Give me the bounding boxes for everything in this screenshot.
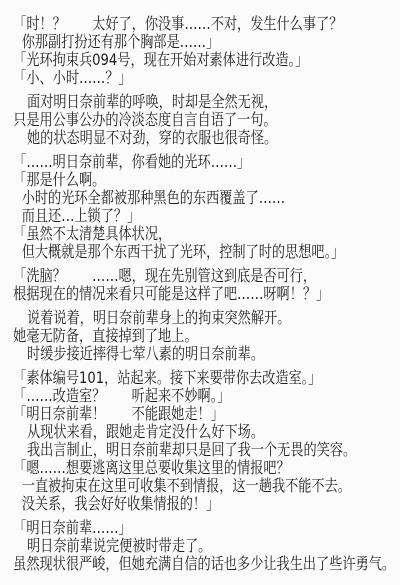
text-line: 面对明日奈前辈的呼唤，时却是全然无视， [13, 93, 395, 111]
text-area: 「时！？ 太好了，你没事……不对，发生什么事了？你那副打扮还有那个胸部是……」「… [0, 0, 400, 573]
text-line: 「素体编号101，站起来。接下来要带你去改造室。」 [13, 369, 395, 387]
novel-page: 「时！？ 太好了，你没事……不对，发生什么事了？你那副打扮还有那个胸部是……」「… [0, 0, 400, 585]
text-line: 只是用公事公办的冷淡态度自言自语了一句。 [13, 111, 395, 129]
text-line: 「那是什么啊。 [13, 171, 395, 189]
text-line: 「洗脑？ ……嗯，现在先别管这到底是否可行， [13, 267, 395, 285]
text-line: 时缓步接近摔得七荤八素的明日奈前辈。 [13, 345, 395, 363]
text-line: 「小、小时……？」 [13, 69, 395, 87]
text-line: 从现状来看，跟她走肯定没什么好下场。 [13, 423, 395, 441]
text-line: 我出言制止，明日奈前辈却只是回了我一个无畏的笑容。 [13, 441, 395, 459]
paragraph-block: 面对明日奈前辈的呼唤，时却是全然无视，只是用公事公办的冷淡态度自言自语了一句。她… [13, 93, 395, 147]
text-line: 「明日奈前辈！ 不能跟她走！」 [13, 405, 395, 423]
text-line: 说着说着，明日奈前辈身上的拘束突然解开。 [13, 309, 395, 327]
text-line: 你那副打扮还有那个胸部是……」 [13, 33, 395, 51]
text-line: 没关系，我会好好收集情报的！」 [13, 495, 395, 513]
paragraph-block: 「洗脑？ ……嗯，现在先别管这到底是否可行，根据现在的情况来看只可能是这样了吧…… [13, 267, 395, 303]
text-line: 一直被拘束在这里可收集不到情报，这一趟我不能不去。 [13, 477, 395, 495]
text-line: 「……改造室？ 听起来不妙啊。」 [13, 387, 395, 405]
text-line: 小时的光环全都被那种黑色的东西覆盖了…… [13, 189, 395, 207]
text-line: 她的状态明显不对劲，穿的衣服也很奇怪。 [13, 129, 395, 147]
text-line: 「虽然不太清楚具体状况， [13, 225, 395, 243]
paragraph-block: 说着说着，明日奈前辈身上的拘束突然解开。她毫无防备，直接掉到了地上。时缓步接近摔… [13, 309, 395, 363]
text-line: 但大概就是那个东西干扰了光环，控制了时的思想吧。」 [13, 243, 395, 261]
text-line: 「光环拘束兵094号，现在开始对素体进行改造。」 [13, 51, 395, 69]
paragraph-block: 「明日奈前辈……」明日奈前辈说完便被时带走了。虽然现状很严峻，但她充满自信的话也… [13, 519, 395, 573]
text-line: 而且还…上锁了？」 [13, 207, 395, 225]
paragraph-block: 「……明日奈前辈，你看她的光环……」「那是什么啊。小时的光环全都被那种黑色的东西… [13, 153, 395, 261]
text-line: 「嗯……想要逃离这里总要收集这里的情报吧？ [13, 459, 395, 477]
text-line: 根据现在的情况来看只可能是这样了吧……呀啊！？」 [13, 285, 395, 303]
paragraph-block: 「素体编号101，站起来。接下来要带你去改造室。」「……改造室？ 听起来不妙啊。… [13, 369, 395, 513]
text-line: 「时！？ 太好了，你没事……不对，发生什么事了？ [13, 15, 395, 33]
text-line: 「……明日奈前辈，你看她的光环……」 [13, 153, 395, 171]
text-line: 她毫无防备，直接掉到了地上。 [13, 327, 395, 345]
text-line: 虽然现状很严峻，但她充满自信的话也多少让我生出了些许勇气。 [13, 555, 395, 573]
text-line: 「明日奈前辈……」 [13, 519, 395, 537]
paragraph-block: 「时！？ 太好了，你没事……不对，发生什么事了？你那副打扮还有那个胸部是……」「… [13, 15, 395, 87]
text-line: 明日奈前辈说完便被时带走了。 [13, 537, 395, 555]
